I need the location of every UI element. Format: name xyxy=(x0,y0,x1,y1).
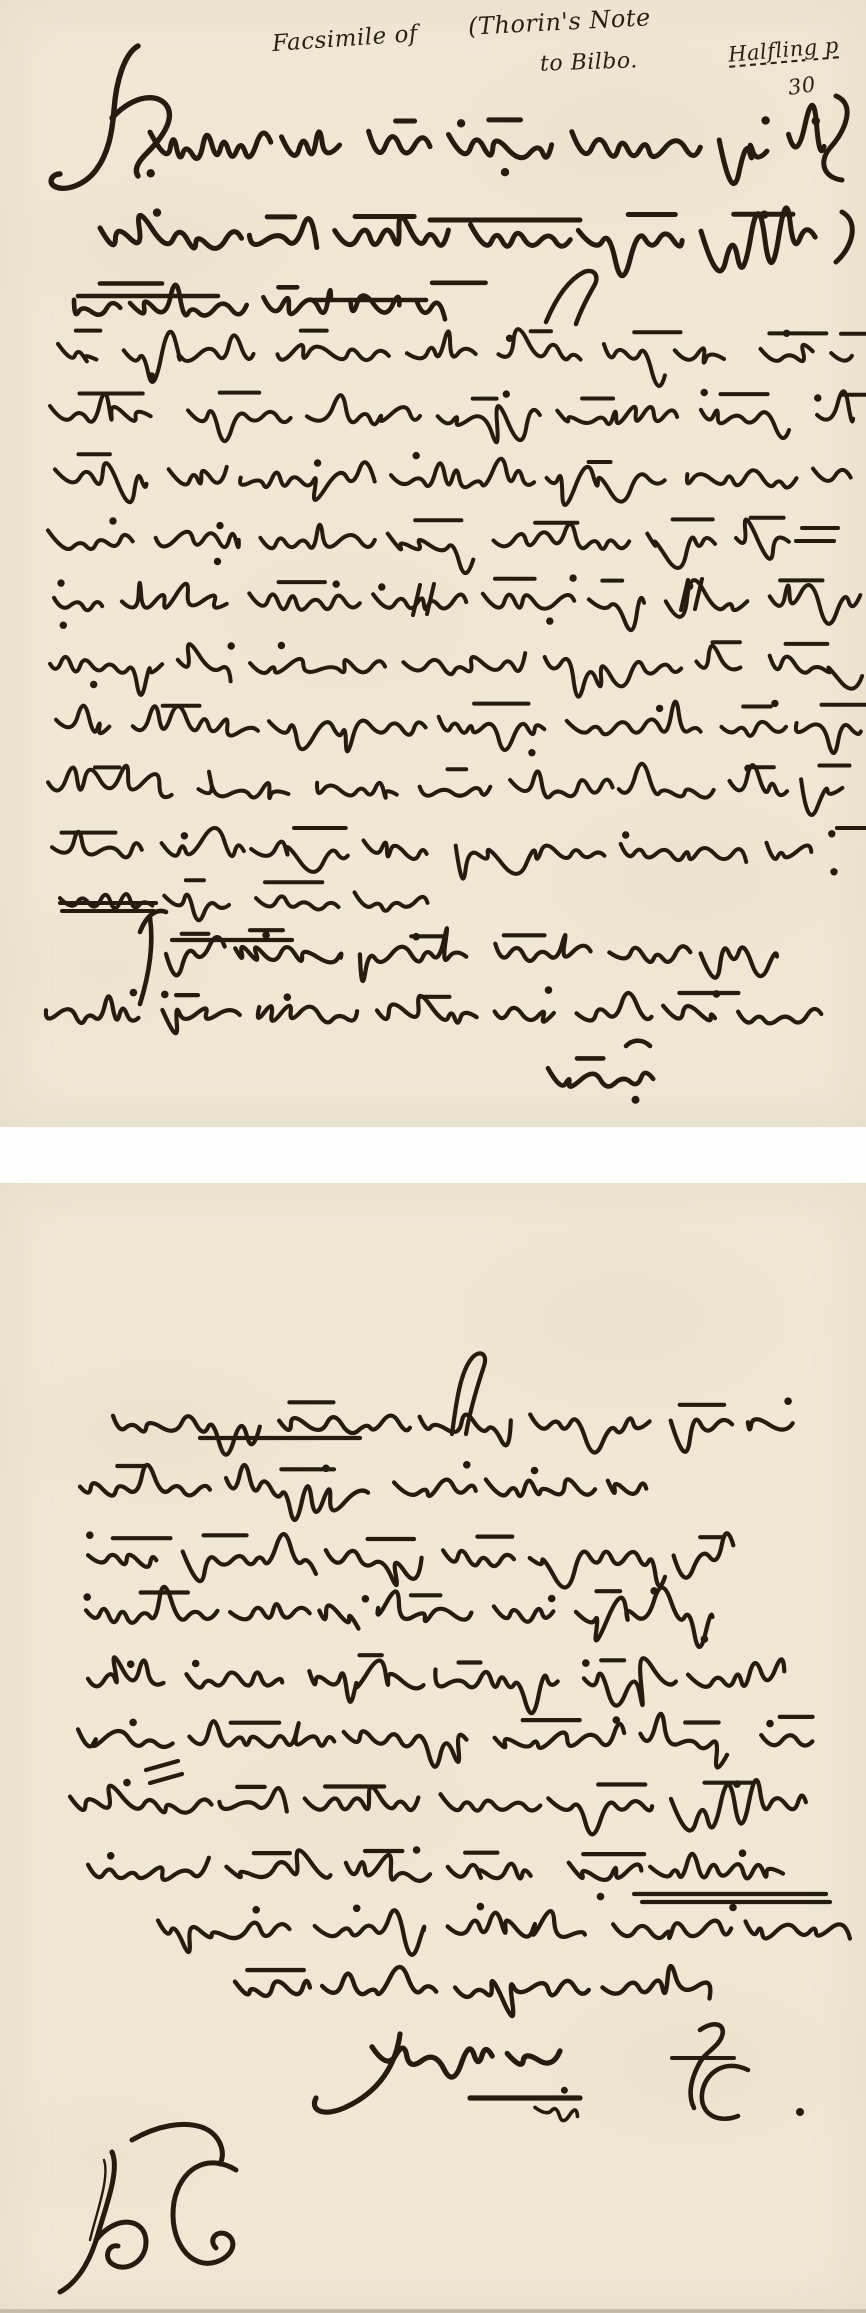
body-line-4 xyxy=(48,518,838,573)
page-body: { "meta": { "document_kind": "manuscript… xyxy=(0,0,866,2313)
p2-tall-flourish xyxy=(452,1353,485,1434)
title-line-2 xyxy=(100,208,852,276)
grand-initial-bowl xyxy=(112,98,169,176)
tc-bowl xyxy=(702,2066,748,2119)
title-line-1 xyxy=(149,96,847,184)
monogram-bowl xyxy=(96,2222,146,2267)
body-line-10 xyxy=(60,880,428,920)
p2-line-4 xyxy=(86,1587,713,1647)
signature-line xyxy=(372,2047,580,2098)
p2-line-10 xyxy=(235,1966,710,2016)
p2-line-2 xyxy=(80,1463,646,1520)
p2-line-6 xyxy=(78,1714,813,1768)
p2-line-5 xyxy=(88,1655,784,1713)
lambda-mark xyxy=(546,271,596,324)
monogram-top-hook xyxy=(132,2124,222,2164)
signature-j-sweep xyxy=(314,2034,400,2112)
closing-line-2 xyxy=(46,988,821,1033)
body-line-9 xyxy=(52,828,866,879)
body-line-7 xyxy=(56,702,866,755)
body-line-3 xyxy=(55,454,851,505)
body-line-2 xyxy=(50,391,866,442)
closing-initial xyxy=(140,911,166,1004)
p2-line-3 xyxy=(88,1533,733,1587)
body-line-6 xyxy=(50,642,862,696)
p2-line-9 xyxy=(158,1905,850,1955)
tengwar-ink-layer xyxy=(0,0,866,2313)
signature-sub-mark xyxy=(535,2089,578,2121)
tc-stem xyxy=(691,2024,723,2108)
pencil-reference-number: 30 xyxy=(786,72,817,100)
monogram-c xyxy=(173,2163,236,2263)
closing-line-1 xyxy=(166,928,777,981)
p2-line-7 xyxy=(70,1761,806,1834)
title-line-3 xyxy=(74,283,486,320)
ppe-mark xyxy=(548,1041,653,1102)
pencil-caption-to-bilbo: to Bilbo. xyxy=(540,48,639,76)
root: html,body{margin:0;padding:0;background:… xyxy=(0,0,866,2313)
scanned-manuscript: Facsimile of (Thorin's Note to Bilbo. Ha… xyxy=(0,0,866,2313)
body-line-8 xyxy=(48,764,850,815)
body-line-1 xyxy=(58,329,866,386)
tc-period xyxy=(798,2110,802,2114)
body-line-5 xyxy=(54,576,860,630)
grand-initial-stem xyxy=(51,46,138,188)
p2-line-8 xyxy=(88,1848,830,1902)
